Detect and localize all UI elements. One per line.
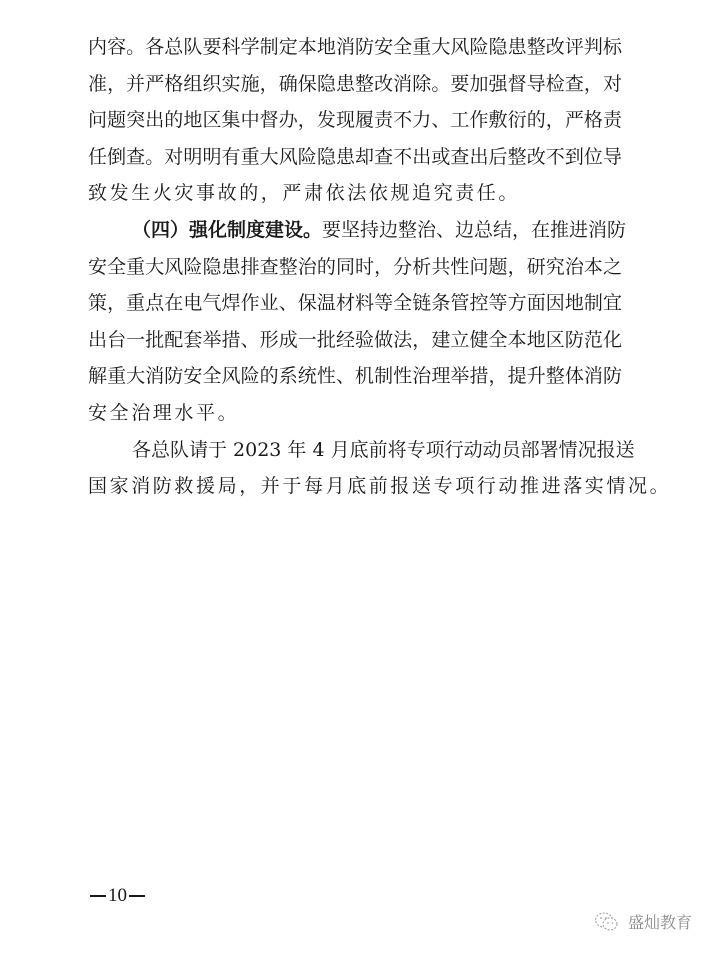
text-line: 准，并严格组织实施，确保隐患整改消除。要加强督导检查，对 [88,66,622,103]
section-heading-line: （四）强化制度建设。要坚持边整治、边总结，在推进消防 [88,212,622,249]
text-line: 问题突出的地区集中督办，发现履责不力、工作敷衍的，严格责 [88,102,622,139]
dash-left [90,895,106,897]
text-line: 致发生火灾事故的，严肃依法依规追究责任。 [88,175,622,212]
section-heading: （四）强化制度建设。 [132,219,322,241]
text-line: 出台一批配套举措、形成一批经验做法，建立健全本地区防范化 [88,322,622,359]
text-line: 内容。各总队要科学制定本地消防安全重大风险隐患整改评判标 [88,29,622,66]
page-number: 10 [88,885,147,907]
text-line: 安全治理水平。 [88,395,622,432]
text-segment: 要坚持边整治、边总结，在推进消防 [322,219,626,241]
wechat-icon [594,911,620,933]
page-number-value: 10 [108,885,127,907]
text-line: 任倒查。对明明有重大风险隐患却查不出或查出后整改不到位导 [88,139,622,176]
document-body: 内容。各总队要科学制定本地消防安全重大风险隐患整改评判标 准，并严格组织实施，确… [88,29,622,505]
watermark-text: 盛灿教育 [628,910,692,933]
text-line: 安全重大风险隐患排查整治的同时，分析共性问题，研究治本之 [88,249,622,286]
text-line: 解重大消防安全风险的系统性、机制性治理举措，提升整体消防 [88,358,622,395]
document-page: 内容。各总队要科学制定本地消防安全重大风险隐患整改评判标 准，并严格组织实施，确… [0,0,710,954]
watermark: 盛灿教育 [594,910,692,933]
text-line: 国家消防救援局，并于每月底前报送专项行动推进落实情况。 [88,468,622,505]
dash-right [129,895,145,897]
text-line: 策，重点在电气焊作业、保温材料等全链条管控等方面因地制宜 [88,285,622,322]
text-line: 各总队请于 2023 年 4 月底前将专项行动动员部署情况报送 [88,432,622,469]
